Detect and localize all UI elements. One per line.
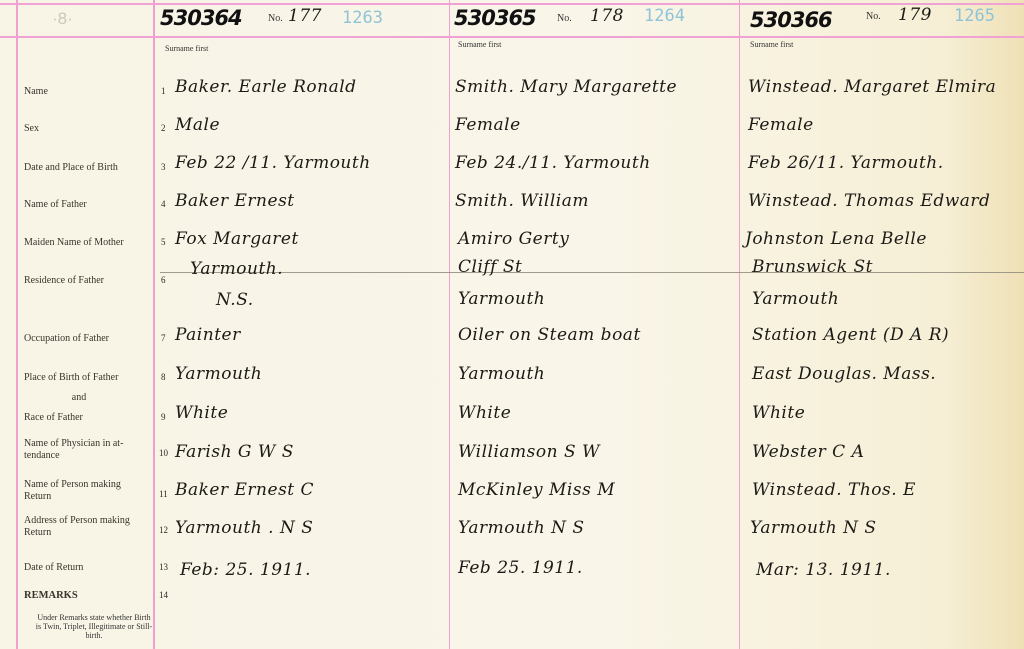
- entry-father-birthplace: Yarmouth: [175, 364, 262, 384]
- entry-name: Smith. Mary Margarette: [455, 77, 677, 97]
- certificate-number: 530365: [454, 6, 536, 30]
- entry-informant: Winstead. Thos. E: [752, 480, 916, 500]
- label-birth: Date and Place of Birth: [24, 162, 118, 174]
- row-number: 4: [161, 199, 166, 209]
- entry-residence-line-1: Brunswick St: [752, 257, 873, 277]
- registration-stamp: 1265: [954, 6, 995, 26]
- row-number: 7: [161, 333, 166, 343]
- entry-race: White: [175, 403, 228, 423]
- label-name: Name: [24, 86, 48, 98]
- entry-number: 178: [590, 6, 624, 26]
- row-number: 10: [159, 448, 168, 458]
- label-return-date: Date of Return: [24, 562, 83, 574]
- entry-sex: Female: [455, 115, 521, 135]
- row-number: 2: [161, 123, 166, 133]
- entry-informant-address: Yarmouth N S: [458, 518, 585, 538]
- label-father-birthplace: Place of Birth of Father: [24, 372, 118, 384]
- label-column-divider: [153, 0, 155, 649]
- label-mother-maiden: Maiden Name of Mother: [24, 237, 124, 249]
- label-informant: Name of Person making Return: [24, 479, 154, 503]
- no-label: No.: [866, 11, 881, 22]
- label-father: Name of Father: [24, 199, 87, 211]
- entry-name: Winstead. Margaret Elmira: [748, 77, 996, 97]
- label-remarks: REMARKS: [24, 590, 78, 602]
- entry-birth: Feb 22 /11. Yarmouth: [175, 153, 371, 173]
- entry-informant: Baker Ernest C: [175, 480, 314, 500]
- entry-informant-address: Yarmouth . N S: [175, 518, 313, 538]
- entry-number: 179: [898, 5, 932, 25]
- entry-physician: Williamson S W: [458, 442, 600, 462]
- row-number: 9: [161, 412, 166, 422]
- entry-race: White: [458, 403, 511, 423]
- entry-father: Smith. William: [455, 191, 589, 211]
- entry-informant-address: Yarmouth N S: [750, 518, 877, 538]
- no-label: No.: [557, 13, 572, 24]
- entry-residence-line-2: Yarmouth: [458, 289, 545, 309]
- entry-birth: Feb 26/11. Yarmouth.: [748, 153, 944, 173]
- row-number: 11: [159, 489, 168, 499]
- label-race: Race of Father: [24, 412, 83, 424]
- entry-informant: McKinley Miss M: [458, 480, 615, 500]
- surname-first-hint: Surname first: [458, 40, 501, 49]
- registration-stamp: 1263: [342, 8, 383, 28]
- row-number: 5: [161, 237, 166, 247]
- label-sex: Sex: [24, 123, 39, 135]
- entry-return-date: Feb 25. 1911.: [458, 558, 583, 578]
- certificate-number: 530364: [160, 6, 242, 30]
- entry-residence-line-1: Cliff St: [458, 257, 522, 277]
- entry-birth: Feb 24./11. Yarmouth: [455, 153, 651, 173]
- row-number: 14: [159, 590, 168, 600]
- left-margin-line: [16, 0, 18, 649]
- row-number: 1: [161, 86, 166, 96]
- ghost-number: ·8·: [52, 9, 73, 29]
- label-and: and: [24, 392, 134, 404]
- entry-father-birthplace: East Douglas. Mass.: [752, 364, 936, 384]
- entry-residence-line-2: Yarmouth: [752, 289, 839, 309]
- entry-name: Baker. Earle Ronald: [175, 77, 357, 97]
- entry-residence-line-2: N.S.: [216, 290, 254, 310]
- entry-physician: Webster C A: [752, 442, 864, 462]
- entry-occupation: Painter: [175, 325, 241, 345]
- label-residence: Residence of Father: [24, 275, 104, 287]
- label-physician: Name of Physician in at- tendance: [24, 438, 152, 462]
- remarks-instruction: Under Remarks state whether Birth is Twi…: [34, 613, 154, 640]
- entry-number: 177: [288, 6, 322, 26]
- row-number: 3: [161, 162, 166, 172]
- record-column-divider-2: [739, 0, 740, 649]
- entry-mother-maiden: Fox Margaret: [175, 229, 299, 249]
- entry-return-date: Feb: 25. 1911.: [180, 560, 311, 580]
- entry-physician: Farish G W S: [175, 442, 294, 462]
- surname-first-hint: Surname first: [165, 44, 208, 53]
- entry-mother-maiden: Johnston Lena Belle: [745, 229, 927, 249]
- residence-rule-line: [160, 272, 1024, 273]
- row-number: 8: [161, 372, 166, 382]
- entry-occupation: Station Agent (D A R): [752, 325, 949, 345]
- label-occupation: Occupation of Father: [24, 333, 109, 345]
- no-label: No.: [268, 13, 283, 24]
- entry-race: White: [752, 403, 805, 423]
- row-number: 13: [159, 562, 168, 572]
- entry-sex: Male: [175, 115, 220, 135]
- row-number: 12: [159, 525, 168, 535]
- record-column-divider-1: [449, 0, 450, 649]
- surname-first-hint: Surname first: [750, 40, 793, 49]
- entry-father-birthplace: Yarmouth: [458, 364, 545, 384]
- entry-father: Winstead. Thomas Edward: [748, 191, 990, 211]
- label-informant-address: Address of Person making Return: [24, 515, 154, 539]
- registration-stamp: 1264: [644, 6, 685, 26]
- entry-return-date: Mar: 13. 1911.: [756, 560, 891, 580]
- row-number: 6: [161, 275, 166, 285]
- entry-residence-line-1: Yarmouth.: [190, 259, 283, 279]
- certificate-number: 530366: [750, 8, 832, 32]
- entry-occupation: Oiler on Steam boat: [458, 325, 641, 345]
- entry-father: Baker Ernest: [175, 191, 295, 211]
- entry-mother-maiden: Amiro Gerty: [458, 229, 569, 249]
- entry-sex: Female: [748, 115, 814, 135]
